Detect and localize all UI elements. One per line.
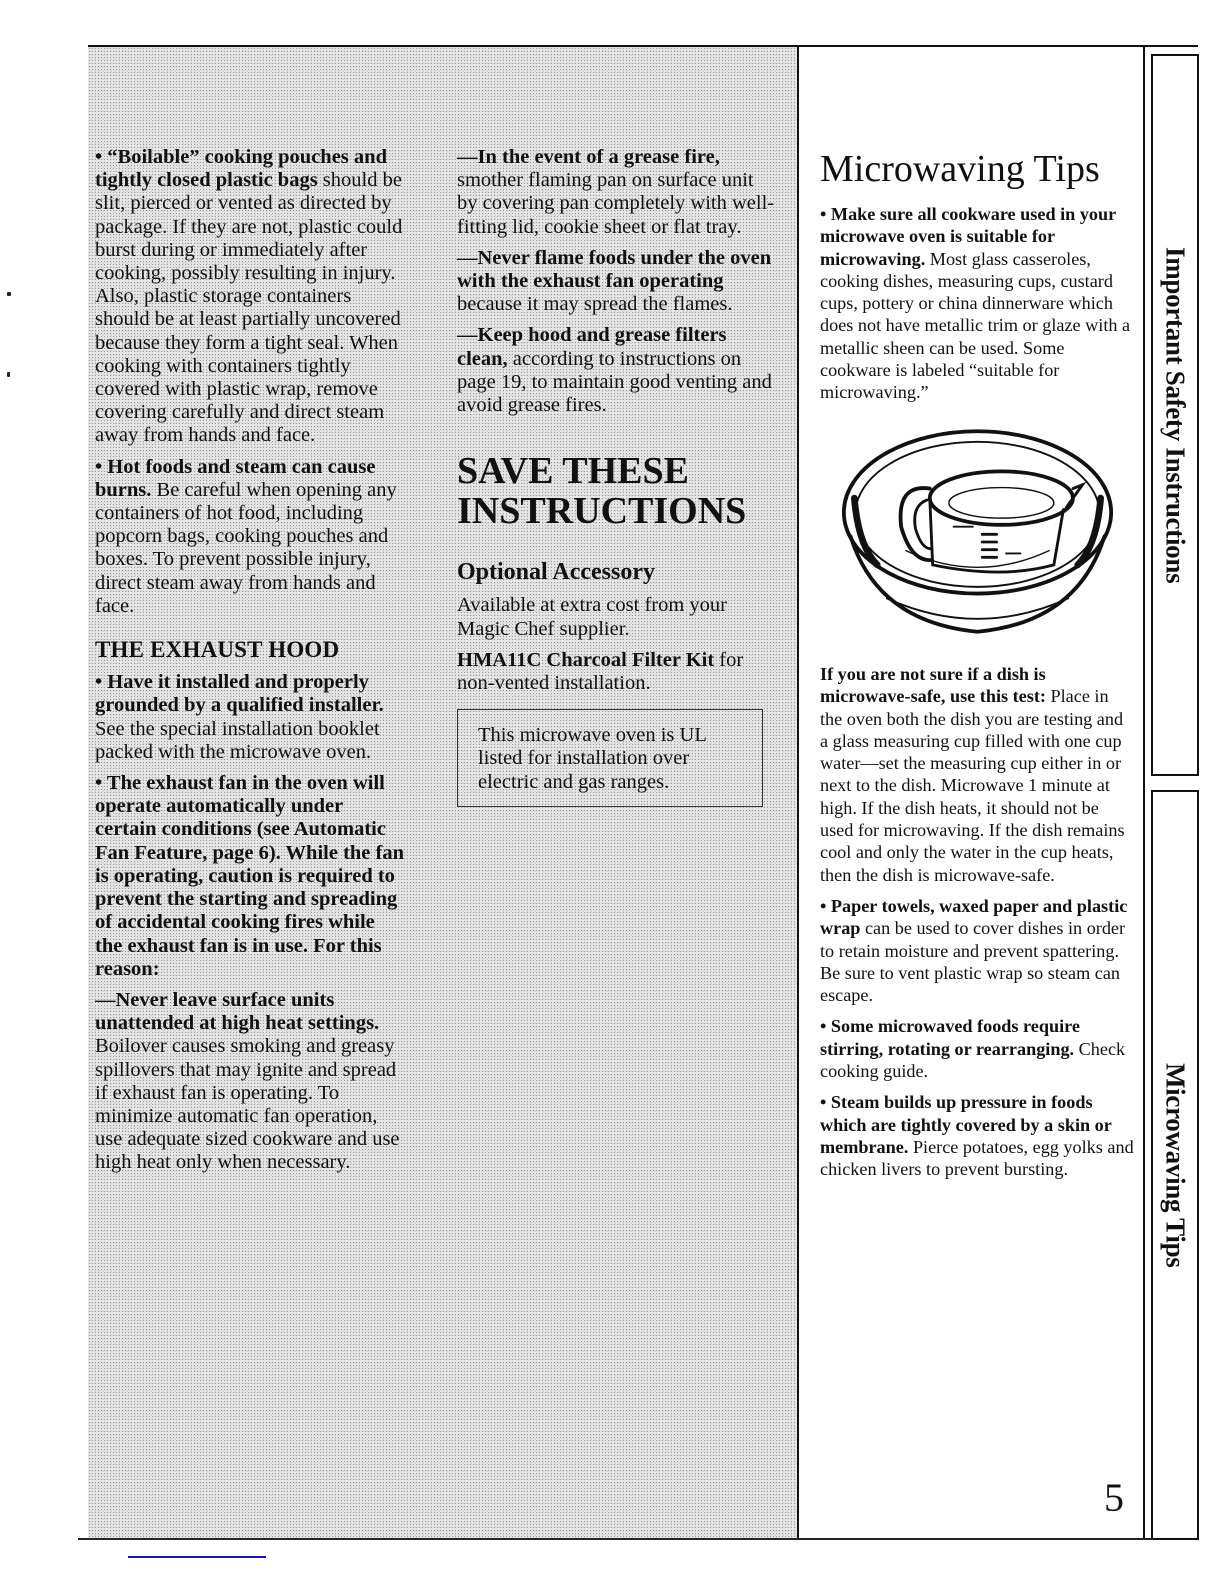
exhaust-fan-paragraph: • The exhaust fan in the oven will opera… bbox=[95, 772, 407, 981]
boilable-text: should be slit, pierced or vented as dir… bbox=[95, 169, 402, 446]
filter-kit-paragraph: HMA11C Charcoal Filter Kit for non-vente… bbox=[457, 649, 777, 695]
bottom-rule bbox=[78, 1538, 1152, 1540]
steam-pressure-paragraph: • Steam builds up pressure in foods whic… bbox=[820, 1091, 1135, 1180]
installed-paragraph: • Have it installed and properly grounde… bbox=[95, 671, 407, 764]
never-leave-text: Boilover causes smoking and greasy spill… bbox=[95, 1035, 400, 1173]
exhaust-hood-heading: THE EXHAUST HOOD bbox=[95, 638, 407, 661]
microwaving-tips-title: Microwaving Tips bbox=[820, 147, 1135, 191]
microwave-safe-test-text: Place in the oven both the dish you are … bbox=[820, 686, 1125, 884]
boilable-paragraph: • “Boilable” cooking pouches and tightly… bbox=[95, 146, 407, 448]
tab-important-safety-instructions[interactable]: Important Safety Instructions bbox=[1151, 54, 1199, 776]
filter-kit-name: HMA11C Charcoal Filter Kit bbox=[457, 649, 714, 671]
paper-towels-text: can be used to cover dishes in order to … bbox=[820, 918, 1125, 1005]
safety-column-2: —In the event of a grease fire, smother … bbox=[457, 146, 777, 807]
never-flame-text: because it may spread the flames. bbox=[457, 293, 733, 315]
page-number: 5 bbox=[1104, 1474, 1124, 1521]
never-flame-paragraph: —Never flame foods under the oven with t… bbox=[457, 247, 777, 317]
hot-foods-paragraph: • Hot foods and steam can cause burns. B… bbox=[95, 456, 407, 618]
measuring-cup-in-bowl-illustration bbox=[820, 419, 1135, 644]
safety-column-1: • “Boilable” cooking pouches and tightly… bbox=[95, 146, 407, 1183]
grease-fire-text: smother flaming pan on surface unit by c… bbox=[457, 169, 774, 237]
ul-listing-notice: This microwave oven is UL listed for ins… bbox=[457, 709, 763, 807]
never-flame-lead: —Never flame foods under the oven with t… bbox=[457, 247, 771, 292]
never-leave-paragraph: —Never leave surface units unattended at… bbox=[95, 989, 407, 1175]
save-instructions-heading: SAVE THESE INSTRUCTIONS bbox=[457, 451, 777, 531]
stirring-paragraph: • Some microwaved foods require stirring… bbox=[820, 1015, 1135, 1082]
microwave-safe-test-lead: If you are not sure if a dish is microwa… bbox=[820, 664, 1046, 706]
cookware-text: Most glass casseroles, cooking dishes, m… bbox=[820, 249, 1130, 403]
grease-fire-paragraph: —In the event of a grease fire, smother … bbox=[457, 146, 777, 239]
keep-clean-paragraph: —Keep hood and grease filters clean, acc… bbox=[457, 324, 777, 417]
paper-towels-paragraph: • Paper towels, waxed paper and plastic … bbox=[820, 895, 1135, 1006]
microwaving-tips-column: Microwaving Tips • Make sure all cookwar… bbox=[820, 147, 1135, 1190]
tab-microwaving-tips[interactable]: Microwaving Tips bbox=[1151, 790, 1199, 1540]
margin-speck bbox=[7, 292, 11, 296]
installed-lead: • Have it installed and properly grounde… bbox=[95, 671, 384, 716]
optional-accessory-heading: Optional Accessory bbox=[457, 561, 777, 584]
optional-accessory-text: Available at extra cost from your Magic … bbox=[457, 594, 777, 640]
tab-label: Microwaving Tips bbox=[1160, 1063, 1191, 1268]
grease-fire-lead: —In the event of a grease fire, bbox=[457, 146, 720, 168]
installed-text: See the special installation booklet pac… bbox=[95, 718, 380, 763]
cookware-paragraph: • Make sure all cookware used in your mi… bbox=[820, 203, 1135, 404]
microwave-safe-test-paragraph: If you are not sure if a dish is microwa… bbox=[820, 663, 1135, 886]
tab-label: Important Safety Instructions bbox=[1160, 247, 1191, 583]
stirring-lead: • Some microwaved foods require stirring… bbox=[820, 1016, 1080, 1058]
never-leave-lead: —Never leave surface units unattended at… bbox=[95, 989, 379, 1034]
exhaust-fan-lead: • The exhaust fan in the oven will opera… bbox=[95, 772, 404, 980]
margin-speck bbox=[7, 372, 10, 377]
link-underline[interactable] bbox=[128, 1556, 266, 1558]
